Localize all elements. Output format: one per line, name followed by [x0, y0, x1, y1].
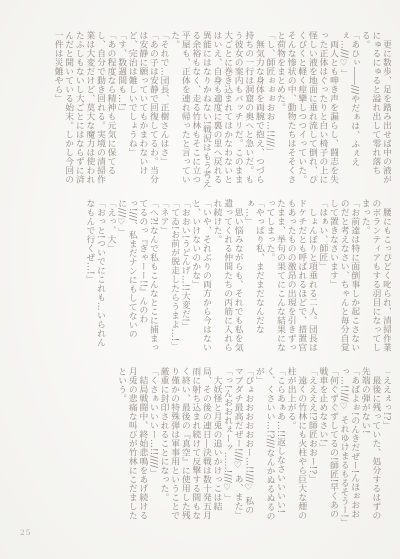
text-line: 「あの子は安静で回復してるわ。当分は安静に願っていてもかまわないけど、完治は難し…	[126, 31, 158, 188]
text-line: 「へ?!なんで私もこんなとこに捕まってるのっ『ぎゃーー!!』んのわっ!///、私…	[116, 199, 158, 353]
text-line: 「おおい!うどんげ…!!大変だ!」	[179, 199, 190, 353]
text-line: 「す、数週間も…!」	[116, 31, 127, 188]
text-line: 「っ!んおおれぇーッ……!///♡」	[222, 367, 233, 523]
text-line: 「こらあぁあ…!!返しなさいいいい!く、くさいい…!?///なんかぬるぬるのが」	[253, 367, 285, 523]
text-line: 最後に残っていた、処分するはずの先端の弾がない!	[359, 367, 380, 523]
text-line: 「てゐ!お前が脱走したらうまよ…!」	[169, 199, 180, 353]
text-line: 「ええええ!?師匠おおー!?」	[306, 367, 317, 523]
text-line: 腰にもこっぴどく叱られ、清掃作業のボランティアもする羽目になってしまった。	[359, 199, 391, 353]
text-line: 「いや、それぶりの両方から今はないと、いけないのかな」	[190, 199, 211, 353]
text-line: 「ネア」	[158, 199, 169, 353]
text-line: 「し、師匠ぉぉぉおお…!!///」	[264, 31, 275, 188]
text-line: 更に数歩、足を踏み出せば中の液がにゅるにゅると溢れ出して零れ落ちる。	[359, 31, 391, 188]
text-line: 大妖怪と月兎の追いかけっこは結局、その後の連日―決戦は数十発五月雨に射ち込まれ続…	[158, 367, 222, 523]
text-line: 「やっぱり私、まだまだなんだなぁ…」	[243, 199, 264, 353]
text-line: 「えっ、大」	[105, 199, 116, 353]
text-line: 「お前達は特に面倒事しか起こさないのだと考えなさい、ちゃんと毎分自覚して置きなさ…	[327, 199, 359, 353]
text-line: 「何ぐずぐずしてるの!師匠!早くあの戦車を止めなさい!」	[317, 367, 338, 523]
text-line: 「ぴょおおおおおおー…!!///♡ 私のマブダチ最高だぜー!///♡ あ、また」	[232, 367, 253, 523]
text-line: 遠くの竹林にも火柱やら巨大な煙の柱が出上がる。	[285, 367, 306, 523]
text-line: 「それで…団長、正樹さんはさ」	[158, 31, 169, 188]
text-line: 「あばよぉ!のんきだぜー!んほぉおおっ…!!///♡ それゆけまるもるそうー!」	[338, 367, 359, 523]
text-line: 無気力な身体を両腕で抱え、つづら持ちの一行は洞窟の奥へと急いだ。もう彼女の案内も…	[169, 31, 264, 188]
text-band-middle: 腰にもこっぴどく叱られ、清掃作業のボランティアもする羽目になってしまった。「お前…	[21, 199, 391, 353]
text-line: 思い悩みながらも、それでも私を気遣ってくれる仲間たちの丙筋に入れられ続けた。	[211, 199, 243, 353]
page-number: 25	[20, 528, 32, 537]
text-band-top: 更に数歩、足を踏み出せば中の液がにゅるにゅると溢れ出して零れ落ちる。「あひぃ――…	[21, 31, 391, 188]
text-line: しょんぼりと項垂れる二人。団長はドケチだとも呼ばれるほどで、措置官もあったものの…	[264, 199, 317, 353]
text-line: 「はぁい、師匠」	[317, 199, 328, 353]
text-line: 「あの程度なら精神も元気に保てるし、自分で動き回れる。実境の清掃作業は大変だけど…	[52, 31, 116, 188]
text-band-bottom: 「ええぇっ!?」最後に残っていた、処分するはずの先端の弾がない!「あばよぉ!のん…	[21, 367, 391, 523]
text-line: 「あひぃ――///やだぁは、ふぇえぇ…///♡」	[338, 31, 359, 188]
text-line: 「くさぁいいいー…!!////」	[147, 367, 158, 523]
text-line: 「ええぇっ!?」	[380, 367, 391, 523]
text-line: 結局戦闘中、終始悲鳴をあげ続ける月兎の悲痛な叫びが竹林にこだましたという。	[116, 367, 148, 523]
text-line: 両人とも呻き声を漏らし、闘志を失った正体はぐったりと白い椅子の上に怪しい液を地面…	[274, 31, 338, 188]
text-line: 「おっと!ついでにこれも…いられんなもんで行くぜ…!」	[84, 199, 105, 353]
